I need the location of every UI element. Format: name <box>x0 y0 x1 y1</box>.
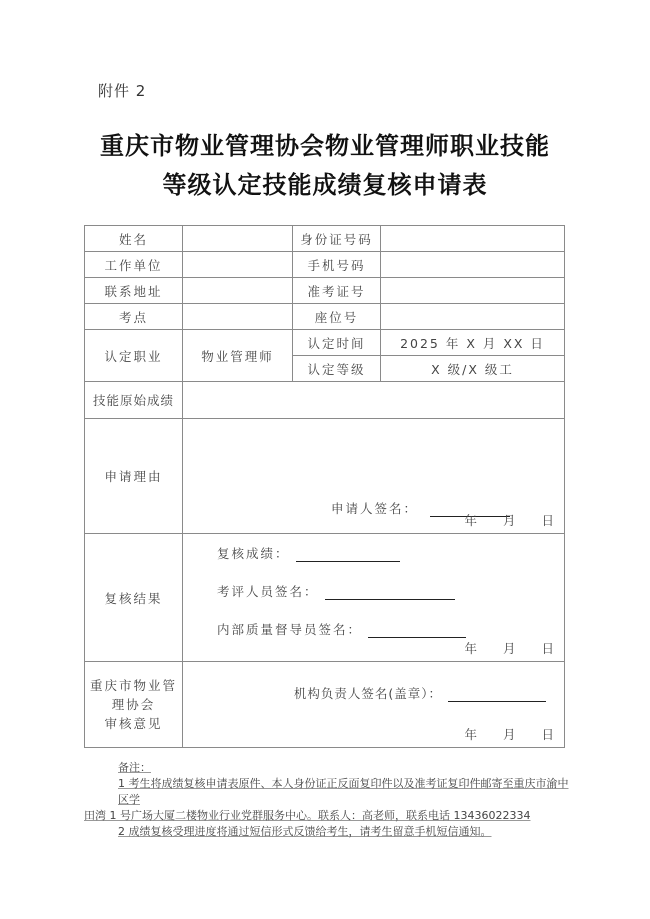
supervisor-signature-label: 内部质量督导员签名： <box>217 622 362 637</box>
exam-site-label: 考点 <box>85 304 183 330</box>
form-title-line2: 等级认定技能成绩复核申请表 <box>0 165 650 200</box>
ticket-number-label: 准考证号 <box>293 278 381 304</box>
certification-level-label: 认定等级 <box>293 356 381 382</box>
review-score-label: 复核成绩： <box>217 546 290 561</box>
head-signature: 机构负责人签名(盖章）： <box>294 684 546 702</box>
review-result-field[interactable]: 复核成绩： 考评人员签名： 内部质量督导员签名： 年 月 日 <box>183 534 565 662</box>
note-item-1-line2: 田湾 1 号广场大厦二楼物业行业党群服务中心。联系人：高老师，联系电话 1343… <box>84 809 530 822</box>
year-label: 年 <box>464 513 479 528</box>
applicant-signature-label: 申请人签名： <box>331 501 418 516</box>
row-reason: 申请理由 申请人签名： 年 月 日 <box>85 419 565 534</box>
certification-date-label: 认定时间 <box>293 330 381 356</box>
review-score: 复核成绩： <box>217 544 400 562</box>
original-score-label: 技能原始成绩 <box>85 382 183 419</box>
notes-section: 备注： 1 考生将成绩复核申请表原件、本人身份证正反面复印件以及准考证复印件邮寄… <box>84 760 574 840</box>
occupation-value: 物业管理师 <box>183 330 293 382</box>
note-item-2: 2 成绩复核受理进度将通过短信形式反馈给考生，请考生留意手机短信通知。 <box>118 825 492 838</box>
form-title-line1: 重庆市物业管理协会物业管理师职业技能 <box>0 126 650 161</box>
row-employer: 工作单位 手机号码 <box>85 252 565 278</box>
year-label: 年 <box>464 641 479 656</box>
row-occupation-date: 认定职业 物业管理师 认定时间 2025 年 X 月 XX 日 <box>85 330 565 356</box>
review-result-label: 复核结果 <box>85 534 183 662</box>
original-score-field[interactable] <box>183 382 565 419</box>
review-date: 年 月 日 <box>446 639 556 657</box>
row-association: 重庆市物业管 理协会 审核意见 机构负责人签名(盖章）： 年 月 日 <box>85 662 565 748</box>
association-opinion-label: 重庆市物业管 理协会 审核意见 <box>85 662 183 748</box>
reason-date: 年 月 日 <box>446 511 556 529</box>
association-date: 年 月 日 <box>446 725 556 743</box>
day-label: 日 <box>541 641 556 656</box>
month-label: 月 <box>503 727 518 742</box>
row-name: 姓名 身份证号码 <box>85 226 565 252</box>
month-label: 月 <box>503 641 518 656</box>
association-label-line2: 理协会 <box>85 695 182 714</box>
row-review: 复核结果 复核成绩： 考评人员签名： 内部质量督导员签名： 年 月 <box>85 534 565 662</box>
reason-field[interactable]: 申请人签名： 年 月 日 <box>183 419 565 534</box>
certification-level-value: X 级/X 级工 <box>381 356 565 382</box>
name-field[interactable] <box>183 226 293 252</box>
review-score-line[interactable] <box>296 549 400 562</box>
seat-number-label: 座位号 <box>293 304 381 330</box>
supervisor-signature: 内部质量督导员签名： <box>217 620 466 638</box>
association-label-line1: 重庆市物业管 <box>85 676 182 695</box>
row-site: 考点 座位号 <box>85 304 565 330</box>
reviewer-signature: 考评人员签名： <box>217 582 455 600</box>
seat-number-field[interactable] <box>381 304 565 330</box>
reason-label: 申请理由 <box>85 419 183 534</box>
reviewer-signature-label: 考评人员签名： <box>217 584 319 599</box>
day-label: 日 <box>541 513 556 528</box>
application-form-table: 姓名 身份证号码 工作单位 手机号码 联系地址 准考证号 考点 座位号 认定职业… <box>84 225 565 748</box>
employer-field[interactable] <box>183 252 293 278</box>
exam-site-field[interactable] <box>183 304 293 330</box>
certification-date-value: 2025 年 X 月 XX 日 <box>381 330 565 356</box>
phone-label: 手机号码 <box>293 252 381 278</box>
employer-label: 工作单位 <box>85 252 183 278</box>
year-label: 年 <box>464 727 479 742</box>
address-label: 联系地址 <box>85 278 183 304</box>
association-label-line3: 审核意见 <box>85 714 182 733</box>
id-number-field[interactable] <box>381 226 565 252</box>
reviewer-signature-line[interactable] <box>325 587 455 600</box>
association-opinion-field[interactable]: 机构负责人签名(盖章）： 年 月 日 <box>183 662 565 748</box>
head-signature-label: 机构负责人签名(盖章）： <box>294 686 442 701</box>
name-label: 姓名 <box>85 226 183 252</box>
occupation-label: 认定职业 <box>85 330 183 382</box>
notes-heading: 备注： <box>118 761 151 774</box>
id-number-label: 身份证号码 <box>293 226 381 252</box>
attachment-label: 附件 2 <box>98 80 146 101</box>
address-field[interactable] <box>183 278 293 304</box>
supervisor-signature-line[interactable] <box>368 625 466 638</box>
note-item-1-line1: 1 考生将成绩复核申请表原件、本人身份证正反面复印件以及准考证复印件邮寄至重庆市… <box>118 777 569 806</box>
ticket-number-field[interactable] <box>381 278 565 304</box>
row-address: 联系地址 准考证号 <box>85 278 565 304</box>
day-label: 日 <box>541 727 556 742</box>
month-label: 月 <box>503 513 518 528</box>
phone-field[interactable] <box>381 252 565 278</box>
head-signature-line[interactable] <box>448 689 546 702</box>
row-original-score: 技能原始成绩 <box>85 382 565 419</box>
